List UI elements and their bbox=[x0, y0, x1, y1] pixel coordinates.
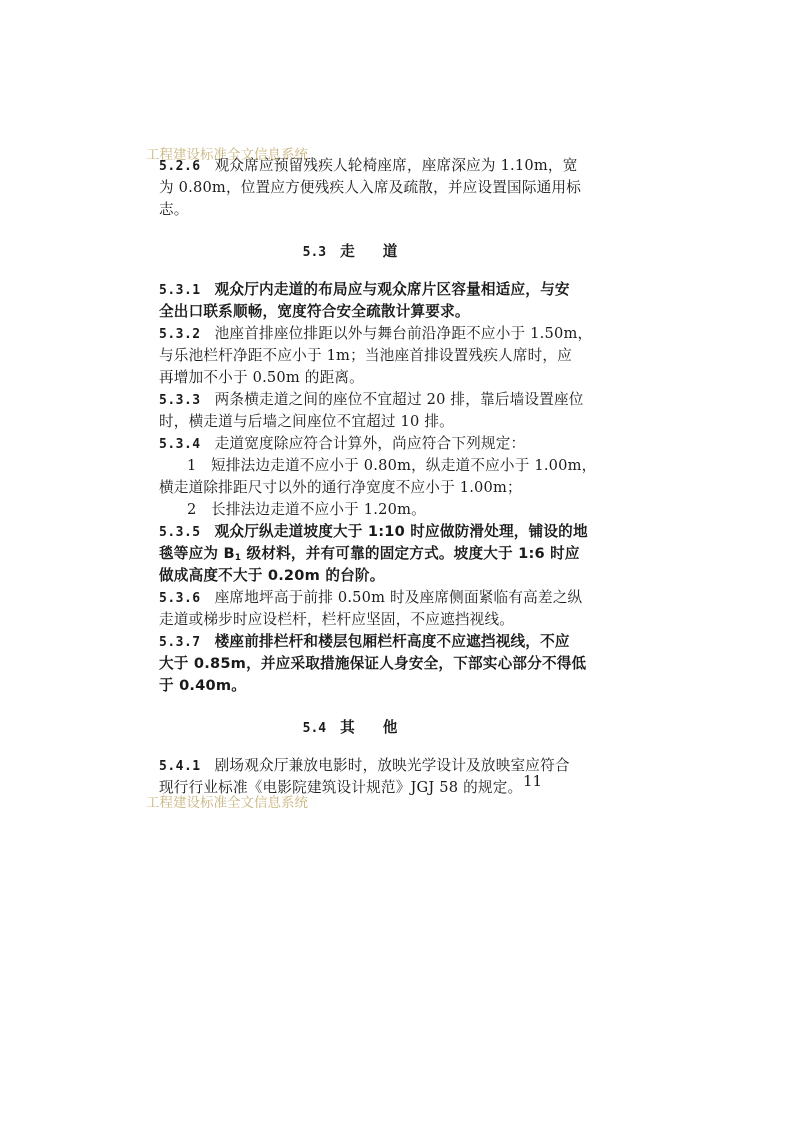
list-item-number: 1 bbox=[187, 457, 197, 474]
clause-text: 毯等应为 B1 级材料，并有可靠的固定方式。坡度大于 1:6 时应 bbox=[159, 543, 569, 565]
clause-number: 5.3.4 bbox=[159, 437, 201, 452]
clause-text: 与乐池栏杆净距不应小于 1m；当池座首排设置残疾人席时，应 bbox=[159, 345, 569, 367]
clause-number: 5.2.6 bbox=[159, 159, 201, 174]
clause-text: 剧场观众厅兼放电影时，放映光学设计及放映室应符合 bbox=[215, 757, 570, 774]
clause-text: 池座首排座位排距以外与舞台前沿净距不应小于 1.50m， bbox=[215, 325, 593, 342]
section-heading-5-4: 5.4其他 bbox=[159, 717, 569, 739]
clause-text: 座席地坪高于前排 0.50m 时及座席侧面紧临有高差之纵 bbox=[215, 589, 583, 606]
clause-text: 走道宽度除应符合计算外，尚应符合下列规定： bbox=[215, 435, 526, 452]
clause-text: 再增加不小于 0.50m 的距离。 bbox=[159, 367, 569, 389]
material-class: B bbox=[223, 545, 234, 562]
watermark-bottom: 工程建设标准全文信息系统 bbox=[146, 791, 308, 811]
list-item-text: 横走道除排距尺寸以外的通行净宽度不应小于 1.00m； bbox=[159, 477, 569, 499]
document-page: 5.2.6观众席应预留残疾人轮椅座席，座席深应为 1.10m，宽 为 0.80m… bbox=[159, 155, 569, 799]
clause-text: 楼座前排栏杆和楼层包厢栏杆高度不应遮挡视线，不应 bbox=[215, 633, 570, 650]
section-title: 其他 bbox=[340, 719, 425, 736]
clause-text: 观众厅内走道的布局应与观众席片区容量相适应，与安 bbox=[215, 281, 570, 298]
clause-text: 观众席应预留残疾人轮椅座席，座席深应为 1.10m，宽 bbox=[215, 157, 578, 174]
section-heading-5-3: 5.3走道 bbox=[159, 241, 569, 263]
clause-5-3-3: 5.3.3两条横走道之间的座位不宜超过 20 排，靠后墙设置座位 时，横走道与后… bbox=[159, 389, 569, 433]
clause-text: 全出口联系顺畅，宽度符合安全疏散计算要求。 bbox=[159, 301, 569, 323]
clause-number: 5.3.3 bbox=[159, 393, 201, 408]
list-item-text: 长排法边走道不应小于 1.20m。 bbox=[211, 501, 426, 518]
text-fragment: 毯等应为 bbox=[159, 545, 223, 562]
section-title: 走道 bbox=[340, 243, 425, 260]
text-fragment: 级材料，并有可靠的固定方式。坡度大于 1:6 时应 bbox=[241, 545, 579, 562]
clause-5-3-2: 5.3.2池座首排座位排距以外与舞台前沿净距不应小于 1.50m， 与乐池栏杆净… bbox=[159, 323, 569, 389]
section-number: 5.4 bbox=[303, 721, 326, 736]
clause-text: 做成高度不大于 0.20m 的台阶。 bbox=[159, 565, 569, 587]
clause-text: 两条横走道之间的座位不宜超过 20 排，靠后墙设置座位 bbox=[215, 391, 584, 408]
clause-text: 大于 0.85m，并应采取措施保证人身安全，下部实心部分不得低 bbox=[159, 653, 569, 675]
clause-5-3-6: 5.3.6座席地坪高于前排 0.50m 时及座席侧面紧临有高差之纵 走道或梯步时… bbox=[159, 587, 569, 631]
page-number: 11 bbox=[523, 772, 542, 790]
clause-5-2-6: 5.2.6观众席应预留残疾人轮椅座席，座席深应为 1.10m，宽 为 0.80m… bbox=[159, 155, 569, 221]
clause-5-3-7: 5.3.7楼座前排栏杆和楼层包厢栏杆高度不应遮挡视线，不应 大于 0.85m，并… bbox=[159, 631, 569, 697]
section-number: 5.3 bbox=[303, 245, 326, 260]
list-item-number: 2 bbox=[187, 501, 197, 518]
clause-number: 5.3.5 bbox=[159, 525, 201, 540]
list-item-text: 短排法边走道不应小于 0.80m，纵走道不应小于 1.00m， bbox=[211, 457, 596, 474]
clause-number: 5.3.2 bbox=[159, 327, 201, 342]
list-item-2: 2 长排法边走道不应小于 1.20m。 bbox=[159, 499, 569, 521]
clause-5-3-5: 5.3.5观众厅纵走道坡度大于 1:10 时应做防滑处理，铺设的地 毯等应为 B… bbox=[159, 521, 569, 587]
clause-number: 5.3.1 bbox=[159, 283, 201, 298]
clause-number: 5.3.7 bbox=[159, 635, 201, 650]
clause-number: 5.3.6 bbox=[159, 591, 201, 606]
clause-5-3-4: 5.3.4走道宽度除应符合计算外，尚应符合下列规定： 1 短排法边走道不应小于 … bbox=[159, 433, 569, 521]
clause-text: 走道或梯步时应设栏杆，栏杆应坚固，不应遮挡视线。 bbox=[159, 609, 569, 631]
clause-text: 志。 bbox=[159, 199, 569, 221]
clause-text: 为 0.80m，位置应方便残疾人入席及疏散，并应设置国际通用标 bbox=[159, 177, 569, 199]
clause-5-3-1: 5.3.1观众厅内走道的布局应与观众席片区容量相适应，与安 全出口联系顺畅，宽度… bbox=[159, 279, 569, 323]
list-item-1: 1 短排法边走道不应小于 0.80m，纵走道不应小于 1.00m， bbox=[159, 455, 569, 477]
clause-text: 时，横走道与后墙之间座位不宜超过 10 排。 bbox=[159, 411, 569, 433]
clause-number: 5.4.1 bbox=[159, 759, 201, 774]
clause-text: 观众厅纵走道坡度大于 1:10 时应做防滑处理，铺设的地 bbox=[215, 523, 588, 540]
clause-text: 于 0.40m。 bbox=[159, 675, 569, 697]
